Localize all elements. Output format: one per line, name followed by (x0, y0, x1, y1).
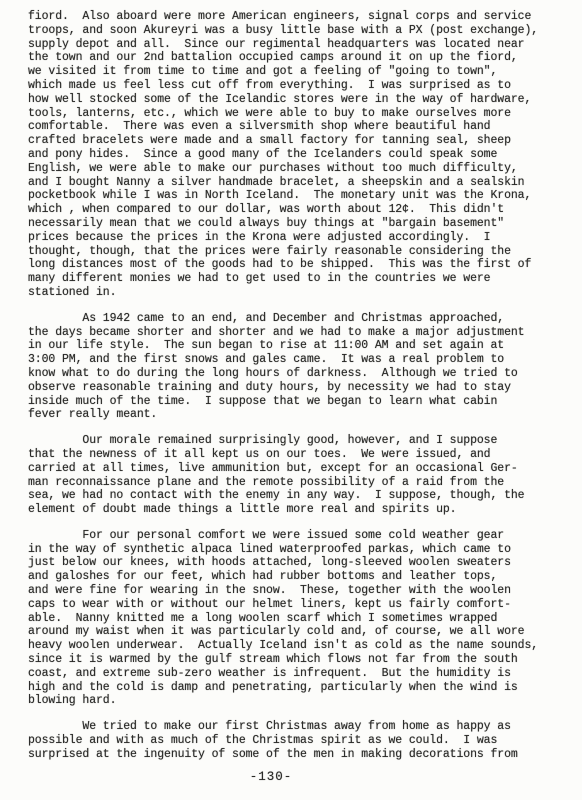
text-line: stationed in. (28, 286, 568, 300)
text-line: carried at all times, live ammunition bu… (28, 462, 568, 476)
text-line: the days became shorter and shorter and … (28, 326, 568, 340)
text-line: we visited it from time to time and got … (28, 65, 568, 79)
text-line: inside much of the time. I suppose that … (28, 395, 568, 409)
text-line: crafted bracelets were made and a small … (28, 134, 568, 148)
document-text: fiord. Also aboard were more American en… (28, 10, 568, 762)
text-line: sea, we had no contact with the enemy in… (28, 489, 568, 503)
text-line: blowing hard. (28, 694, 568, 708)
text-line: tools, lanterns, etc., which we were abl… (28, 107, 568, 121)
text-line: thought, though, that the prices were fa… (28, 245, 568, 259)
text-line: prices because the prices in the Krona w… (28, 231, 568, 245)
text-line: supply depot and all. Since our regiment… (28, 38, 568, 52)
text-line: surprised at the ingenuity of some of th… (28, 748, 568, 762)
document-page: fiord. Also aboard were more American en… (0, 0, 582, 800)
text-line: For our personal comfort we were issued … (28, 529, 568, 543)
text-line: how well stocked some of the Icelandic s… (28, 93, 568, 107)
paragraph: fiord. Also aboard were more American en… (28, 10, 568, 300)
text-line: fever really meant. (28, 408, 568, 422)
text-line: in the way of synthetic alpaca lined wat… (28, 543, 568, 557)
text-line: Our morale remained surprisingly good, h… (28, 434, 568, 448)
text-line: many different monies we had to get used… (28, 272, 568, 286)
text-line: pocketbook while I was in North Iceland.… (28, 189, 568, 203)
text-line: know what to do during the long hours of… (28, 367, 568, 381)
paragraph: Our morale remained surprisingly good, h… (28, 434, 568, 517)
text-line: caps to wear with or without our helmet … (28, 598, 568, 612)
text-line: We tried to make our first Christmas awa… (28, 720, 568, 734)
text-line: and were fine for wearing in the snow. T… (28, 584, 568, 598)
text-line: which made us feel less cut off from eve… (28, 79, 568, 93)
text-line: since it is warmed by the gulf stream wh… (28, 653, 568, 667)
text-line: which , when compared to our dollar, was… (28, 203, 568, 217)
text-line: man reconnaissance plane and the remote … (28, 476, 568, 490)
text-line: able. Nanny knitted me a long woolen sca… (28, 612, 568, 626)
text-line: observe reasonable training and duty hou… (28, 381, 568, 395)
text-line: long distances most of the goods had to … (28, 258, 568, 272)
text-line: and galoshes for our feet, which had rub… (28, 570, 568, 584)
text-line: necessarily mean that we could always bu… (28, 217, 568, 231)
text-line: coast, and extreme sub-zero weather is i… (28, 667, 568, 681)
text-line: that the newness of it all kept us on ou… (28, 448, 568, 462)
text-line: heavy woolen underwear. Actually Iceland… (28, 639, 568, 653)
text-line: comfortable. There was even a silversmit… (28, 120, 568, 134)
page-number: -130- (0, 770, 542, 784)
text-line: possible and with as much of the Christm… (28, 734, 568, 748)
text-line: high and the cold is damp and penetratin… (28, 681, 568, 695)
text-line: 3:00 PM, and the first snows and gales c… (28, 353, 568, 367)
text-line: in our life style. The sun began to rise… (28, 339, 568, 353)
paragraph: We tried to make our first Christmas awa… (28, 720, 568, 761)
text-line: and I bought Nanny a silver handmade bra… (28, 176, 568, 190)
text-line: element of doubt made things a little mo… (28, 503, 568, 517)
text-line: English, we were able to make our purcha… (28, 162, 568, 176)
text-line: around my waist when it was particularly… (28, 625, 568, 639)
text-line: fiord. Also aboard were more American en… (28, 10, 568, 24)
text-line: As 1942 came to an end, and December and… (28, 312, 568, 326)
text-line: the town and our 2nd battalion occupied … (28, 51, 568, 65)
paragraph: For our personal comfort we were issued … (28, 529, 568, 708)
paragraph: As 1942 came to an end, and December and… (28, 312, 568, 422)
text-line: just below our knees, with hoods attache… (28, 556, 568, 570)
text-line: and pony hides. Since a good many of the… (28, 148, 568, 162)
text-line: troops, and soon Akureyri was a busy lit… (28, 24, 568, 38)
